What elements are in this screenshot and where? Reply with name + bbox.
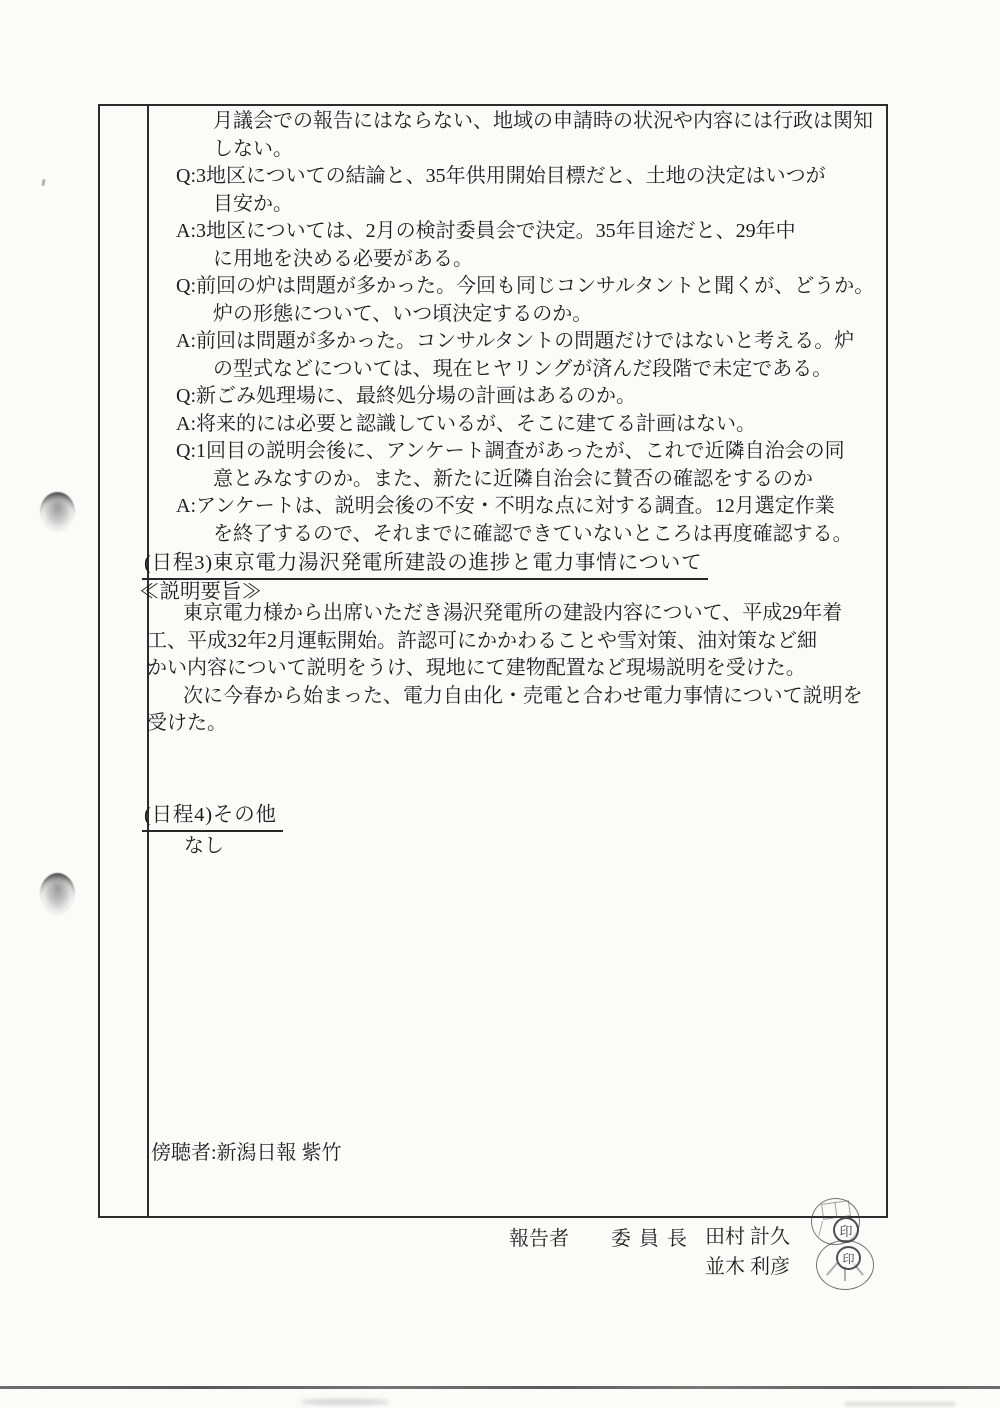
text-line: 受けた。	[147, 710, 863, 738]
text-line: かい内容について説明をうけ、現地にて建物配置など現場説明を受けた。	[147, 655, 863, 683]
inkan-stamp-icon: 印	[836, 1246, 861, 1270]
text-line: 次に今春から始まった、電力自由化・売電と合わせ電力事情について説明を	[183, 683, 863, 711]
agenda4-body: なし	[184, 829, 224, 858]
text-line: Q:3地区についての結論と、35年供用開始目標だと、土地の決定はいつが	[176, 163, 874, 191]
scan-smudge	[300, 1399, 390, 1405]
text-line: 工、平成32年2月運転開始。許認可にかかわることや雪対策、油対策など細	[147, 628, 863, 656]
text-line: 意とみなすのか。また、新たに近隣自治会に賛否の確認をするのか	[213, 466, 874, 494]
scan-edge-line	[0, 1386, 1000, 1389]
punch-hole-artifact	[40, 873, 75, 915]
reporter-name: 田村 計久	[705, 1222, 790, 1252]
scan-speck	[41, 179, 45, 186]
text-line: A:前回は問題が多かった。コンサルタントの問題だけではないと考える。炉	[176, 328, 874, 356]
reporter-names: 田村 計久並木 利彦	[705, 1222, 790, 1282]
reporter-label: 報告者	[509, 1222, 569, 1251]
scanned-document-page: 月議会での報告にはならない、地域の申請時の状況や内容には行政は関知しない。Q:3…	[0, 0, 1000, 1408]
qa-section: 月議会での報告にはならない、地域の申請時の状況や内容には行政は関知しない。Q:3…	[176, 108, 874, 548]
text-line: 炉の形態について、いつ頃決定するのか。	[213, 301, 874, 329]
text-line: の型式などについては、現在ヒヤリングが済んだ段階で未定である。	[213, 356, 874, 384]
text-line: A:将来的には必要と認識しているが、そこに建てる計画はない。	[176, 411, 874, 439]
text-line: 目安か。	[213, 191, 874, 219]
reporter-title: 委員長	[611, 1222, 695, 1251]
observer-line: 傍聴者:新潟日報 紫竹	[151, 1136, 342, 1165]
agenda4-heading: (日程4)その他	[142, 797, 283, 832]
text-line: A:3地区については、2月の検討委員会で決定。35年目途だと、29年中	[176, 218, 874, 246]
scan-smudge	[845, 1402, 955, 1406]
text-line: Q:前回の炉は問題が多かった。今回も同じコンサルタントと聞くが、どうか。	[176, 273, 874, 301]
text-line: Q:新ごみ処理場に、最終処分場の計画はあるのか。	[176, 383, 874, 411]
text-line: を終了するので、それまでに確認できていないところは再度確認する。	[213, 521, 874, 549]
punch-hole-artifact	[40, 492, 75, 532]
text-line: しない。	[213, 136, 874, 164]
text-line: Q:1回目の説明会後に、アンケート調査があったが、これで近隣自治会の同	[176, 438, 874, 466]
reporter-name: 並木 利彦	[705, 1252, 790, 1282]
text-line: に用地を決める必要がある。	[213, 246, 874, 274]
text-line: 月議会での報告にはならない、地域の申請時の状況や内容には行政は関知	[213, 108, 874, 136]
agenda3-summary: 東京電力様から出席いただき湯沢発電所の建設内容について、平成29年着工、平成32…	[147, 600, 863, 738]
text-line: 東京電力様から出席いただき湯沢発電所の建設内容について、平成29年着	[183, 600, 863, 628]
text-line: A:アンケートは、説明会後の不安・不明な点に対する調査。12月選定作業	[176, 493, 874, 521]
agenda4-heading-text: (日程4)その他	[142, 797, 283, 832]
